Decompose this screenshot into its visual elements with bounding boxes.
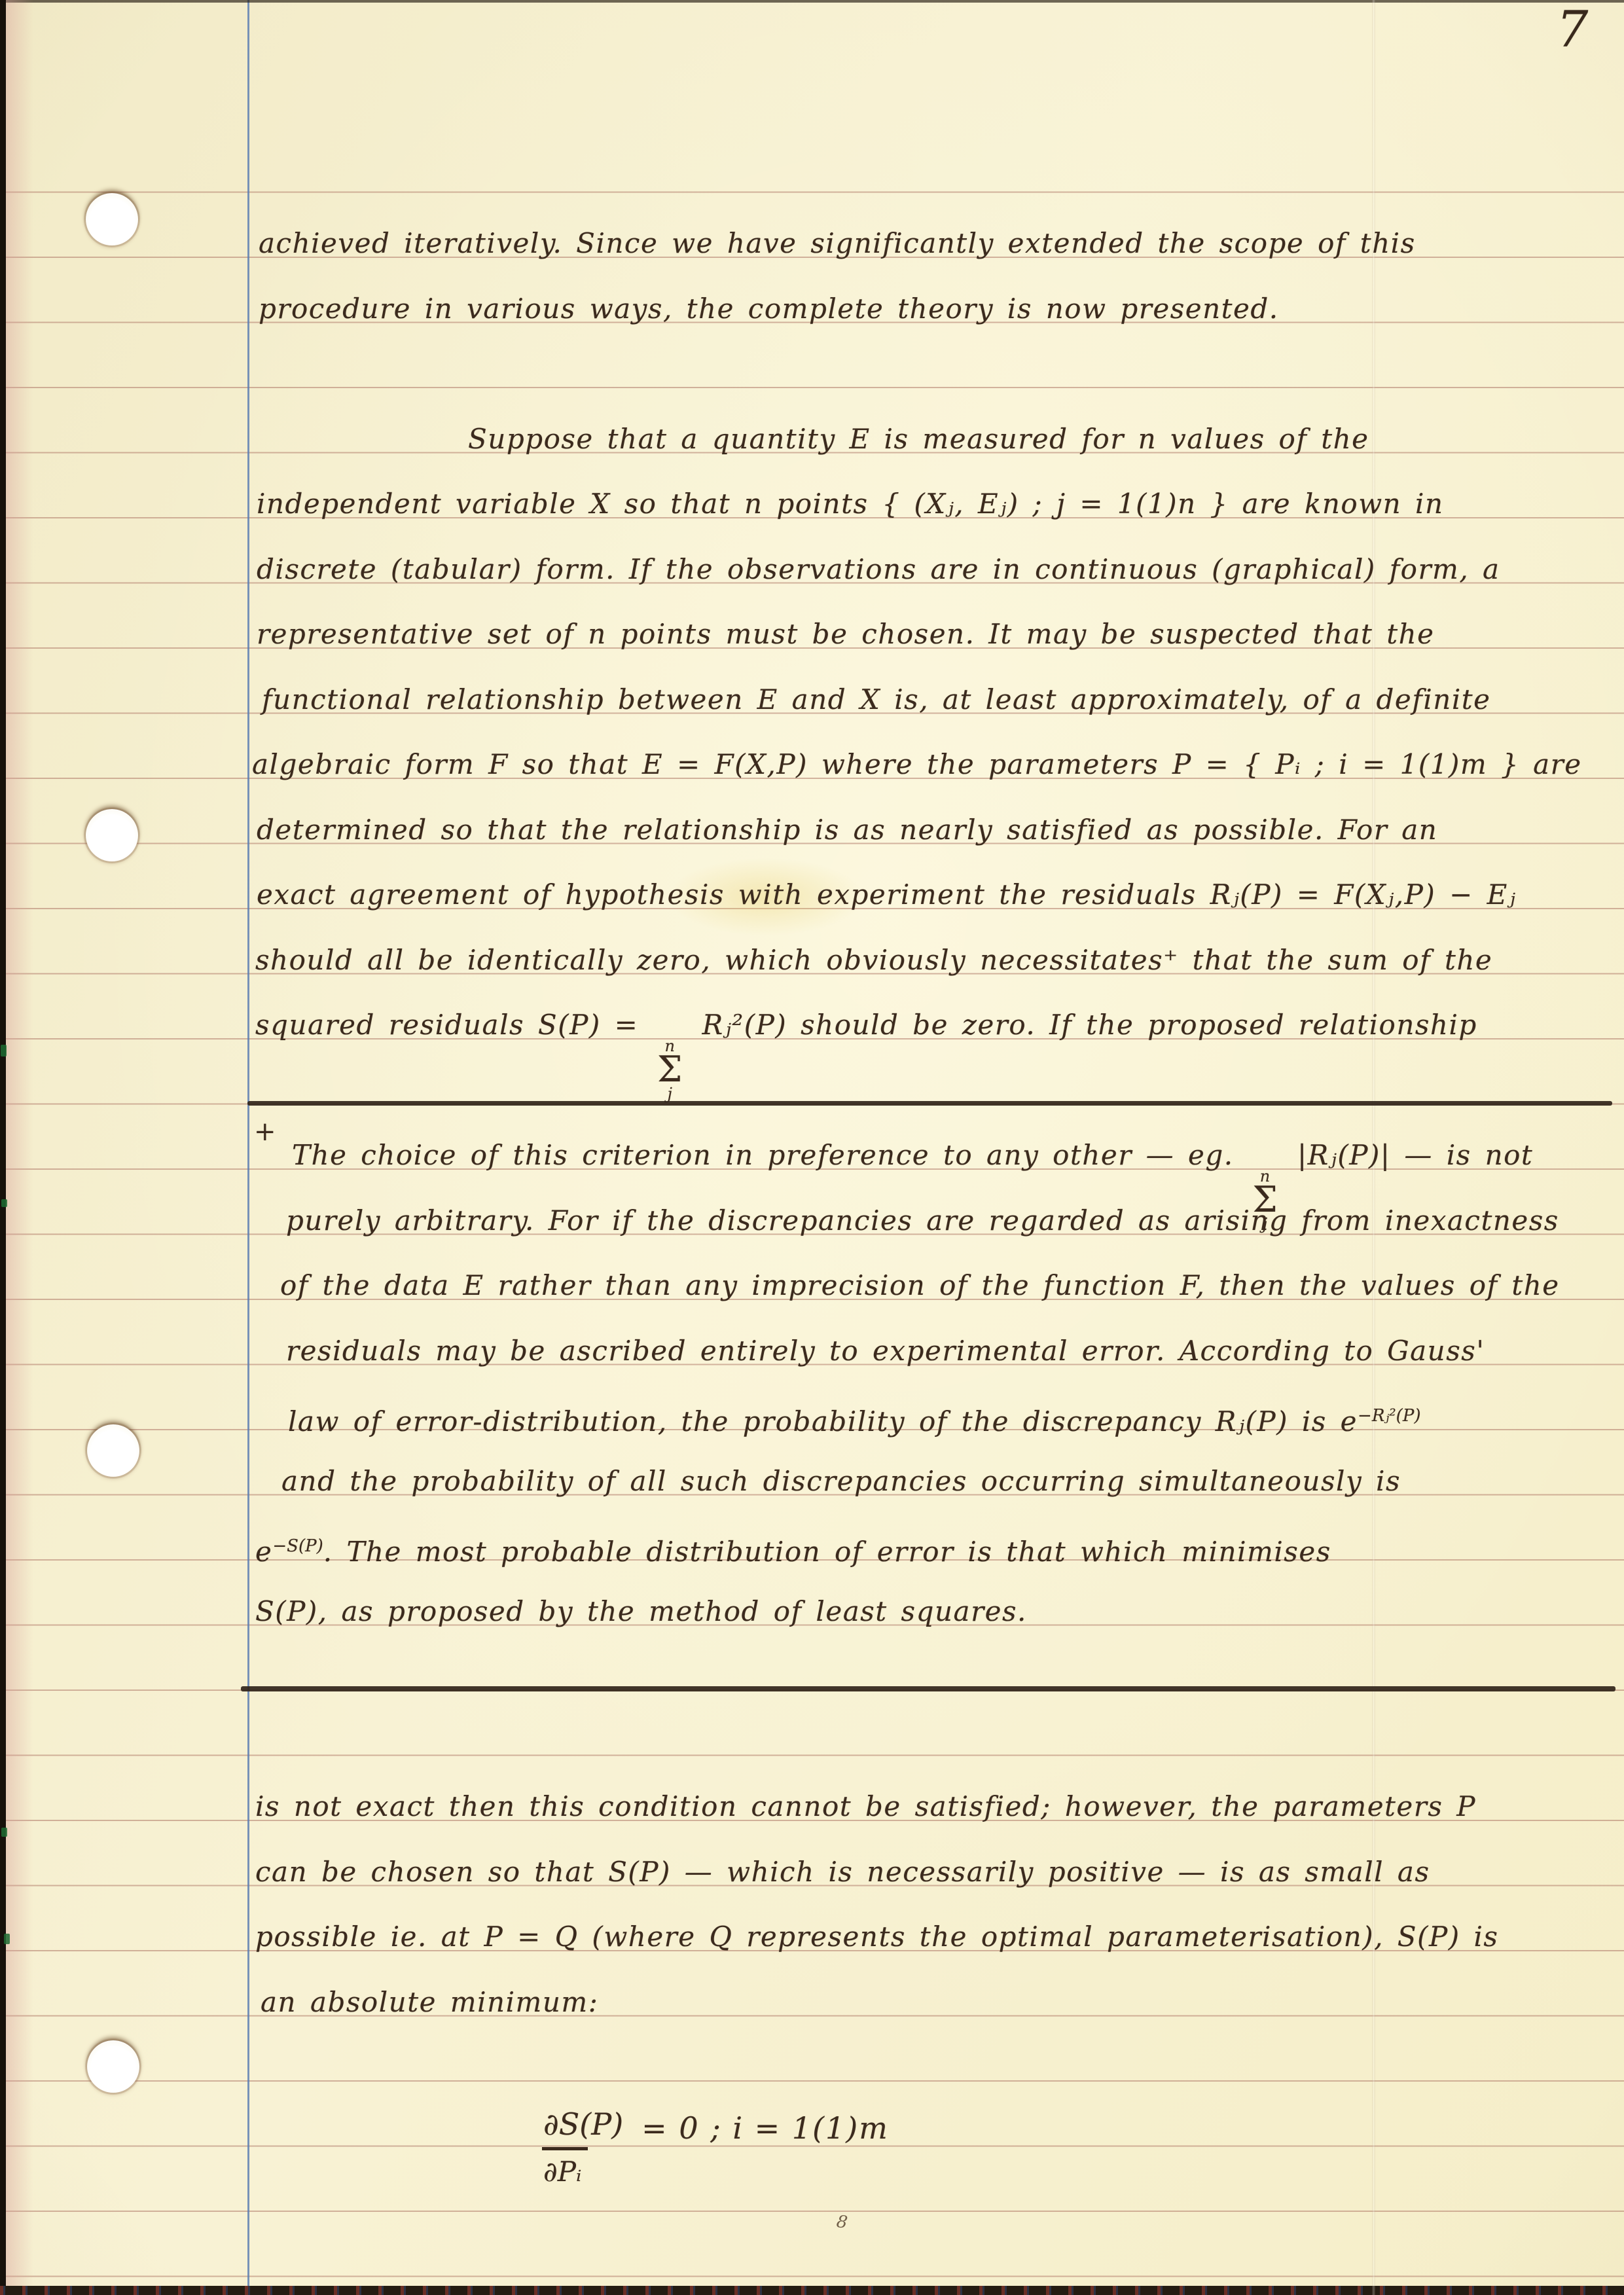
text-line-with-sum: squared residuals S(P) = nΣj Rⱼ²(P) shou… xyxy=(255,1007,1477,1102)
footnote-line: e−S(P). The most probable distribution o… xyxy=(255,1528,1331,1570)
text-line: should all be identically zero, which ob… xyxy=(255,942,1492,979)
footnote-separator xyxy=(247,1101,1612,1106)
footnote-line: S(P), as proposed by the method of least… xyxy=(255,1593,1027,1630)
text-segment: law of error-distribution, the probabili… xyxy=(288,1405,1358,1437)
summation-symbol: nΣj xyxy=(657,1038,683,1102)
exponent: −Rⱼ²(P) xyxy=(1358,1406,1420,1426)
footnote-line: purely arbitrary. For if the discrepanci… xyxy=(286,1202,1559,1239)
text-line: discrete (tabular) form. If the observat… xyxy=(257,551,1500,588)
sum-lower-limit: j xyxy=(668,1086,674,1102)
punch-hole xyxy=(87,1424,139,1477)
text-line: Suppose that a quantity E is measured fo… xyxy=(468,421,1369,458)
punch-hole xyxy=(86,193,138,245)
text-line: functional relationship between E and X … xyxy=(262,681,1490,718)
exponent: −S(P) xyxy=(272,1536,323,1556)
ink-speck xyxy=(1,1045,7,1057)
notebook-page: 7 achieved iteratively. Since we have si… xyxy=(0,0,1624,2295)
text-line: an absolute minimum: xyxy=(261,1984,598,2021)
text-line: independent variable X so that n points … xyxy=(257,486,1444,522)
scan-edge-left-tint xyxy=(6,0,33,2295)
footnote-line: residuals may be ascribed entirely to ex… xyxy=(286,1333,1485,1369)
page-number: 7 xyxy=(1557,0,1588,58)
sigma-glyph: Σ xyxy=(657,1054,683,1086)
text-line: algebraic form F so that E = F(X,P) wher… xyxy=(252,746,1582,783)
text-line: representative set of n points must be c… xyxy=(257,616,1435,653)
text-segment: . The most probable distribution of erro… xyxy=(323,1536,1331,1568)
punch-hole xyxy=(87,2040,139,2093)
text-segment: Rⱼ²(P) should be zero. If the proposed r… xyxy=(689,1009,1477,1041)
scan-edge-top xyxy=(0,0,1624,3)
fraction-numerator: ∂S(P) xyxy=(542,2106,627,2147)
text-line: achieved iteratively. Since we have sign… xyxy=(259,225,1416,262)
text-segment: squared residuals S(P) = xyxy=(255,1009,652,1041)
margin-line xyxy=(247,0,249,2295)
footnote-dagger: + xyxy=(254,1117,276,1147)
ink-speck xyxy=(1,1199,7,1207)
text-line: determined so that the relationship is a… xyxy=(257,812,1437,848)
text-segment: The choice of this criterion in preferen… xyxy=(292,1139,1247,1171)
footnote-line: of the data E rather than any imprecisio… xyxy=(280,1267,1560,1304)
partial-derivative-fraction: ∂S(P) ∂Pᵢ xyxy=(542,2106,627,2188)
text-line: can be chosen so that S(P) — which is ne… xyxy=(255,1854,1430,1890)
punch-hole xyxy=(86,809,138,861)
scan-edge-bottom xyxy=(0,2286,1624,2295)
ink-speck xyxy=(1,1828,7,1837)
text-segment: |Rⱼ(P)| — is not xyxy=(1284,1139,1533,1171)
text-line: exact agreement of hypothesis with exper… xyxy=(257,876,1516,913)
fraction-denominator: ∂Pᵢ xyxy=(542,2147,588,2188)
equation-rhs: = 0 ; i = 1(1)m xyxy=(641,2106,889,2146)
footnote-separator xyxy=(241,1686,1615,1691)
scan-edge-left xyxy=(0,0,6,2295)
text-line: procedure in various ways, the complete … xyxy=(259,291,1279,327)
text-segment: e xyxy=(255,1536,272,1568)
least-squares-condition-equation: ∂S(P) ∂Pᵢ = 0 ; i = 1(1)m xyxy=(542,2106,889,2188)
footnote-line: law of error-distribution, the probabili… xyxy=(288,1398,1420,1440)
text-line: is not exact then this condition cannot … xyxy=(255,1788,1476,1825)
text-line: possible ie. at P = Q (where Q represent… xyxy=(255,1919,1498,1955)
ink-speck xyxy=(4,1934,10,1944)
footnote-line: and the probability of all such discrepa… xyxy=(281,1463,1401,1500)
